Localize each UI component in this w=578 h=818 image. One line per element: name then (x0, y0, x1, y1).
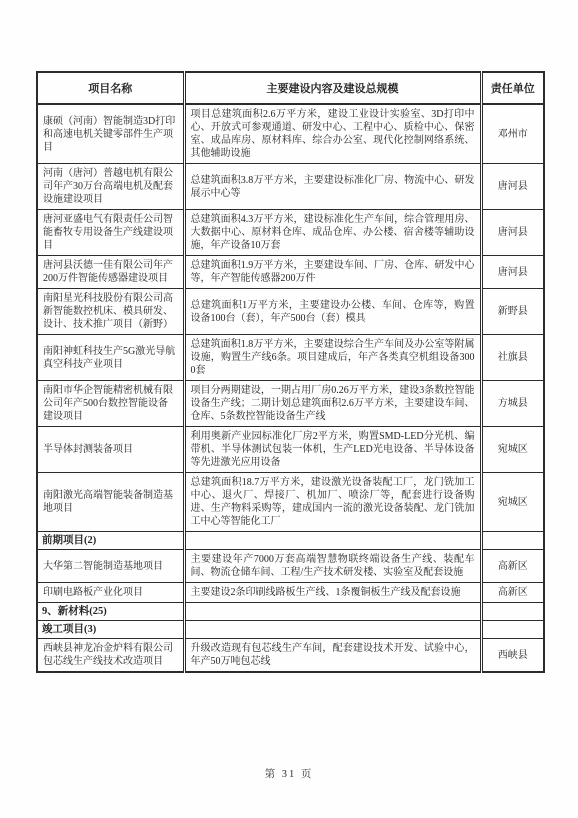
project-name-cell: 唐河县沃德一佳有限公司年产200万件智能传感器建设项目 (37, 256, 184, 289)
section-title-cell: 竣工项目(3) (37, 621, 184, 639)
project-row: 大华第二智能制造基地项目 主要建设年产7000万套高端智慧物联终端设备生产线、装… (37, 550, 544, 583)
project-content-cell: 总建筑面积1万平方米，主要建设办公楼、车间、仓库等，购置设备100台（套），年产… (184, 289, 481, 335)
section-empty-content-cell (184, 621, 481, 639)
project-row: 唐河亚盛电气有限责任公司智能畜牧专用设备生产线建设项目 总建筑面积4.3万平方米… (37, 210, 544, 256)
project-row: 南阳市华企智能精密机械有限公司年产500台数控智能设备建设项目 项目分两期建设，… (37, 381, 544, 427)
project-row: 康硕（河南）智能制造3D打印和高速电机关键零部件生产项目 项目总建筑面积2.6万… (37, 104, 544, 164)
project-row: 南阳星光科技股份有限公司高新智能数控机床、模具研发、设计、技术推广项目（新野） … (37, 289, 544, 335)
responsible-unit-cell: 邓州市 (481, 104, 544, 164)
project-content-cell: 利用奥新产业园标准化厂房2平方米，购置SMD-LED分光机、编带机、半导体测试包… (184, 427, 481, 473)
project-content-cell: 总建筑面积1.8万平方米，主要建设综合生产车间及办公室等附属设施，购置生产线6条… (184, 335, 481, 381)
section-empty-unit-cell (481, 621, 544, 639)
project-content-cell: 主要建设2条印刷线路板生产线、1条覆铜板生产线及配套设施 (184, 583, 481, 603)
page-number: 第 31 页 (0, 766, 578, 781)
project-name-cell: 康硕（河南）智能制造3D打印和高速电机关键零部件生产项目 (37, 104, 184, 164)
project-name-cell: 南阳神虹科技生产5G激光导航真空科技产业项目 (37, 335, 184, 381)
section-empty-content-cell (184, 532, 481, 550)
projects-table-header: 项目名称 主要建设内容及建设总规模 责任单位 (37, 72, 544, 104)
project-name-cell: 印刷电路板产业化项目 (37, 583, 184, 603)
project-name-cell: 南阳星光科技股份有限公司高新智能数控机床、模具研发、设计、技术推广项目（新野） (37, 289, 184, 335)
responsible-unit-cell: 社旗县 (481, 335, 544, 381)
responsible-unit-cell: 唐河县 (481, 256, 544, 289)
project-row: 唐河县沃德一佳有限公司年产200万件智能传感器建设项目 总建筑面积1.9万平方米… (37, 256, 544, 289)
responsible-unit-cell: 高新区 (481, 550, 544, 583)
project-row: 印刷电路板产业化项目 主要建设2条印刷线路板生产线、1条覆铜板生产线及配套设施 … (37, 583, 544, 603)
project-row: 南阳激光高端智能装备制造基地项目 总建筑面积18.7万平方米，建设激光设备装配工… (37, 473, 544, 532)
project-content-cell: 总建筑面积1.9万平方米，主要建设车间、厂房、仓库、研发中心等，年产智能传感器2… (184, 256, 481, 289)
project-name-cell: 半导体封测装备项目 (37, 427, 184, 473)
project-name-cell: 南阳市华企智能精密机械有限公司年产500台数控智能设备建设项目 (37, 381, 184, 427)
document-page: 项目名称 主要建设内容及建设总规模 责任单位 康硕（河南）智能制造3D打印和高速… (0, 0, 578, 818)
project-content-cell: 项目分两期建设，一期占用厂房0.26万平方米，建设3条数控智能设备生产线；二期计… (184, 381, 481, 427)
responsible-unit-cell: 高新区 (481, 583, 544, 603)
section-empty-unit-cell (481, 603, 544, 621)
project-name-cell: 唐河亚盛电气有限责任公司智能畜牧专用设备生产线建设项目 (37, 210, 184, 256)
projects-table-body: 康硕（河南）智能制造3D打印和高速电机关键零部件生产项目 项目总建筑面积2.6万… (37, 104, 544, 672)
section-title-cell: 9、新材料(25) (37, 603, 184, 621)
header-row: 项目名称 主要建设内容及建设总规模 责任单位 (37, 72, 544, 104)
project-content-cell: 升级改造现有包芯线生产车间，配套建设技术开发、试验中心，年产50万吨包芯线 (184, 639, 481, 673)
col-header-project-name: 项目名称 (37, 72, 184, 104)
project-content-cell: 总建筑面积3.8万平方米，主要建设标准化厂房、物流中心、研发展示中心等 (184, 164, 481, 210)
projects-table: 项目名称 主要建设内容及建设总规模 责任单位 康硕（河南）智能制造3D打印和高速… (36, 71, 545, 673)
section-title-cell: 前期项目(2) (37, 532, 184, 550)
responsible-unit-cell: 唐河县 (481, 164, 544, 210)
responsible-unit-cell: 西峡县 (481, 639, 544, 673)
project-row: 半导体封测装备项目 利用奥新产业园标准化厂房2平方米，购置SMD-LED分光机、… (37, 427, 544, 473)
project-name-cell: 南阳激光高端智能装备制造基地项目 (37, 473, 184, 532)
section-row: 9、新材料(25) (37, 603, 544, 621)
section-row: 竣工项目(3) (37, 621, 544, 639)
col-header-construction-content: 主要建设内容及建设总规模 (184, 72, 481, 104)
project-row: 河南（唐河）普越电机有限公司年产30万台高端电机及配套设施建设项目 总建筑面积3… (37, 164, 544, 210)
project-content-cell: 总建筑面积18.7万平方米，建设激光设备装配工厂，龙门铣加工中心、退火厂、焊接厂… (184, 473, 481, 532)
project-name-cell: 西峡县神龙冶金炉料有限公司包芯线生产线技术改造项目 (37, 639, 184, 673)
project-name-cell: 大华第二智能制造基地项目 (37, 550, 184, 583)
responsible-unit-cell: 宛城区 (481, 427, 544, 473)
project-name-cell: 河南（唐河）普越电机有限公司年产30万台高端电机及配套设施建设项目 (37, 164, 184, 210)
responsible-unit-cell: 宛城区 (481, 473, 544, 532)
responsible-unit-cell: 方城县 (481, 381, 544, 427)
project-content-cell: 总建筑面积4.3万平方米，建设标准化生产车间，综合管理用房、大数据中心、原材料仓… (184, 210, 481, 256)
project-content-cell: 主要建设年产7000万套高端智慧物联终端设备生产线、装配车间、物流仓储车间、工程… (184, 550, 481, 583)
section-empty-content-cell (184, 603, 481, 621)
section-empty-unit-cell (481, 532, 544, 550)
section-row: 前期项目(2) (37, 532, 544, 550)
col-header-responsible-unit: 责任单位 (481, 72, 544, 104)
responsible-unit-cell: 新野县 (481, 289, 544, 335)
responsible-unit-cell: 唐河县 (481, 210, 544, 256)
project-row: 西峡县神龙冶金炉料有限公司包芯线生产线技术改造项目 升级改造现有包芯线生产车间，… (37, 639, 544, 673)
project-row: 南阳神虹科技生产5G激光导航真空科技产业项目 总建筑面积1.8万平方米，主要建设… (37, 335, 544, 381)
project-content-cell: 项目总建筑面积2.6万平方米，建设工业设计实验室、3D打印中心、开放式可参观通道… (184, 104, 481, 164)
